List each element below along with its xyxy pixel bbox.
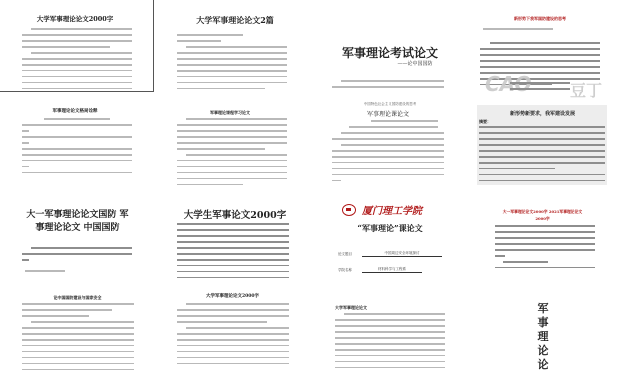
page-title: 大学军事理论论文2篇 — [175, 15, 295, 26]
page-border-right — [153, 0, 154, 92]
doc-thumbnail-r1c4[interactable]: 新形势下我军国防建设的思考 CAO 豆丁 新形势新要求，我军建设发展 摘要： — [465, 0, 620, 190]
section-title: 大学军事理论论文2000字 — [190, 293, 275, 299]
page-title-line2: 2000字 — [525, 216, 560, 222]
vertical-title-char: 论 — [536, 344, 550, 358]
doc-thumbnail-r1c2[interactable]: 大学军事理论论文2篇 军事理论课程学习论文 — [155, 0, 310, 190]
school-logo-icon — [342, 204, 356, 216]
body-text — [510, 82, 570, 94]
section-title: 军事理论课程学习论文 — [190, 110, 270, 116]
vertical-title: 军 事 理 论 论 — [536, 302, 550, 370]
body-text — [22, 118, 132, 178]
doc-thumbnail-r2c3[interactable]: 厦门理工学院 “军事理论”课论文 论文题目 中国周边安全环境探讨 学院名称 材料… — [310, 195, 465, 370]
section-title: 大学军事理论论文 — [335, 305, 367, 311]
vertical-title-char: 论 — [536, 358, 550, 370]
body-text — [479, 126, 605, 186]
school-name: 厦门理工学院 — [362, 202, 422, 217]
watermark-text: 豆丁 — [570, 78, 602, 101]
page-title: 大学军事理论论文2000字 — [30, 14, 120, 23]
doc-thumbnail-r1c3[interactable]: 军事理论考试论文 ——论中国国防 中国特色社会主义国防建设的思考 军事理论课论文 — [310, 0, 465, 190]
page-title-line2: 事理论论文 中国国防 — [10, 220, 145, 233]
doc-title: “军事理论”课论文 — [330, 223, 450, 234]
doc-thumbnail-r1c1[interactable]: 大学军事理论论文2000字 军事理论论文格局诠释 — [0, 0, 155, 190]
body-text — [335, 313, 445, 370]
body-text — [177, 118, 287, 190]
body-text — [22, 303, 134, 370]
doc-thumbnail-r2c4[interactable]: 大一军事理论论文2000字 2021军事理论论文 2000字 军 事 理 论 论 — [465, 195, 620, 370]
page-title-line1: 大一军事理论论文国防 军 — [10, 207, 145, 220]
page-subtitle: ——论中国国防 — [390, 60, 440, 67]
body-text — [22, 28, 132, 94]
page-title: 大学生军事论文2000字 — [175, 207, 295, 221]
body-text — [483, 28, 553, 34]
vertical-title-char: 理 — [536, 330, 550, 344]
page-title-line1: 大一军事理论论文2000字 2021军事理论论文 — [480, 209, 605, 215]
body-text — [332, 80, 444, 92]
body-text — [177, 34, 287, 94]
vertical-title-char: 军 — [536, 302, 550, 316]
section-title: 论中国国防建设与国家安全 — [35, 295, 120, 301]
box-title: 新形势新要求，我军建设发展 — [495, 110, 590, 117]
body-text — [177, 303, 289, 369]
field-topic-label: 论文题目 — [338, 252, 352, 257]
page-title: 军事理论考试论文 — [330, 44, 450, 61]
abstract-label: 摘要： — [479, 119, 491, 125]
body-text — [25, 270, 65, 276]
vertical-title-char: 事 — [536, 316, 550, 330]
doc-thumbnail-r2c1[interactable]: 大一军事理论论文国防 军 事理论论文 中国国防 论中国国防建设与国家安全 — [0, 195, 155, 370]
field-college-label: 学院名称 — [338, 268, 352, 273]
body-text — [177, 223, 289, 283]
body-text — [495, 225, 595, 273]
section-title: 军事理论课论文 — [358, 109, 418, 118]
page-title: 新形势下我军国防建设的思考 — [495, 16, 585, 22]
field-college-value: 材料科学与工程系 — [362, 267, 422, 273]
section-header: 中国特色社会主义国防建设的思考 — [350, 102, 430, 107]
body-text — [332, 120, 444, 186]
field-topic-value: 中国周边安全环境探讨 — [362, 251, 442, 257]
section-title: 军事理论论文格局诠释 — [30, 108, 120, 114]
doc-thumbnail-r2c2[interactable]: 大学生军事论文2000字 大学军事理论论文2000字 — [155, 195, 310, 370]
body-text — [22, 247, 132, 265]
